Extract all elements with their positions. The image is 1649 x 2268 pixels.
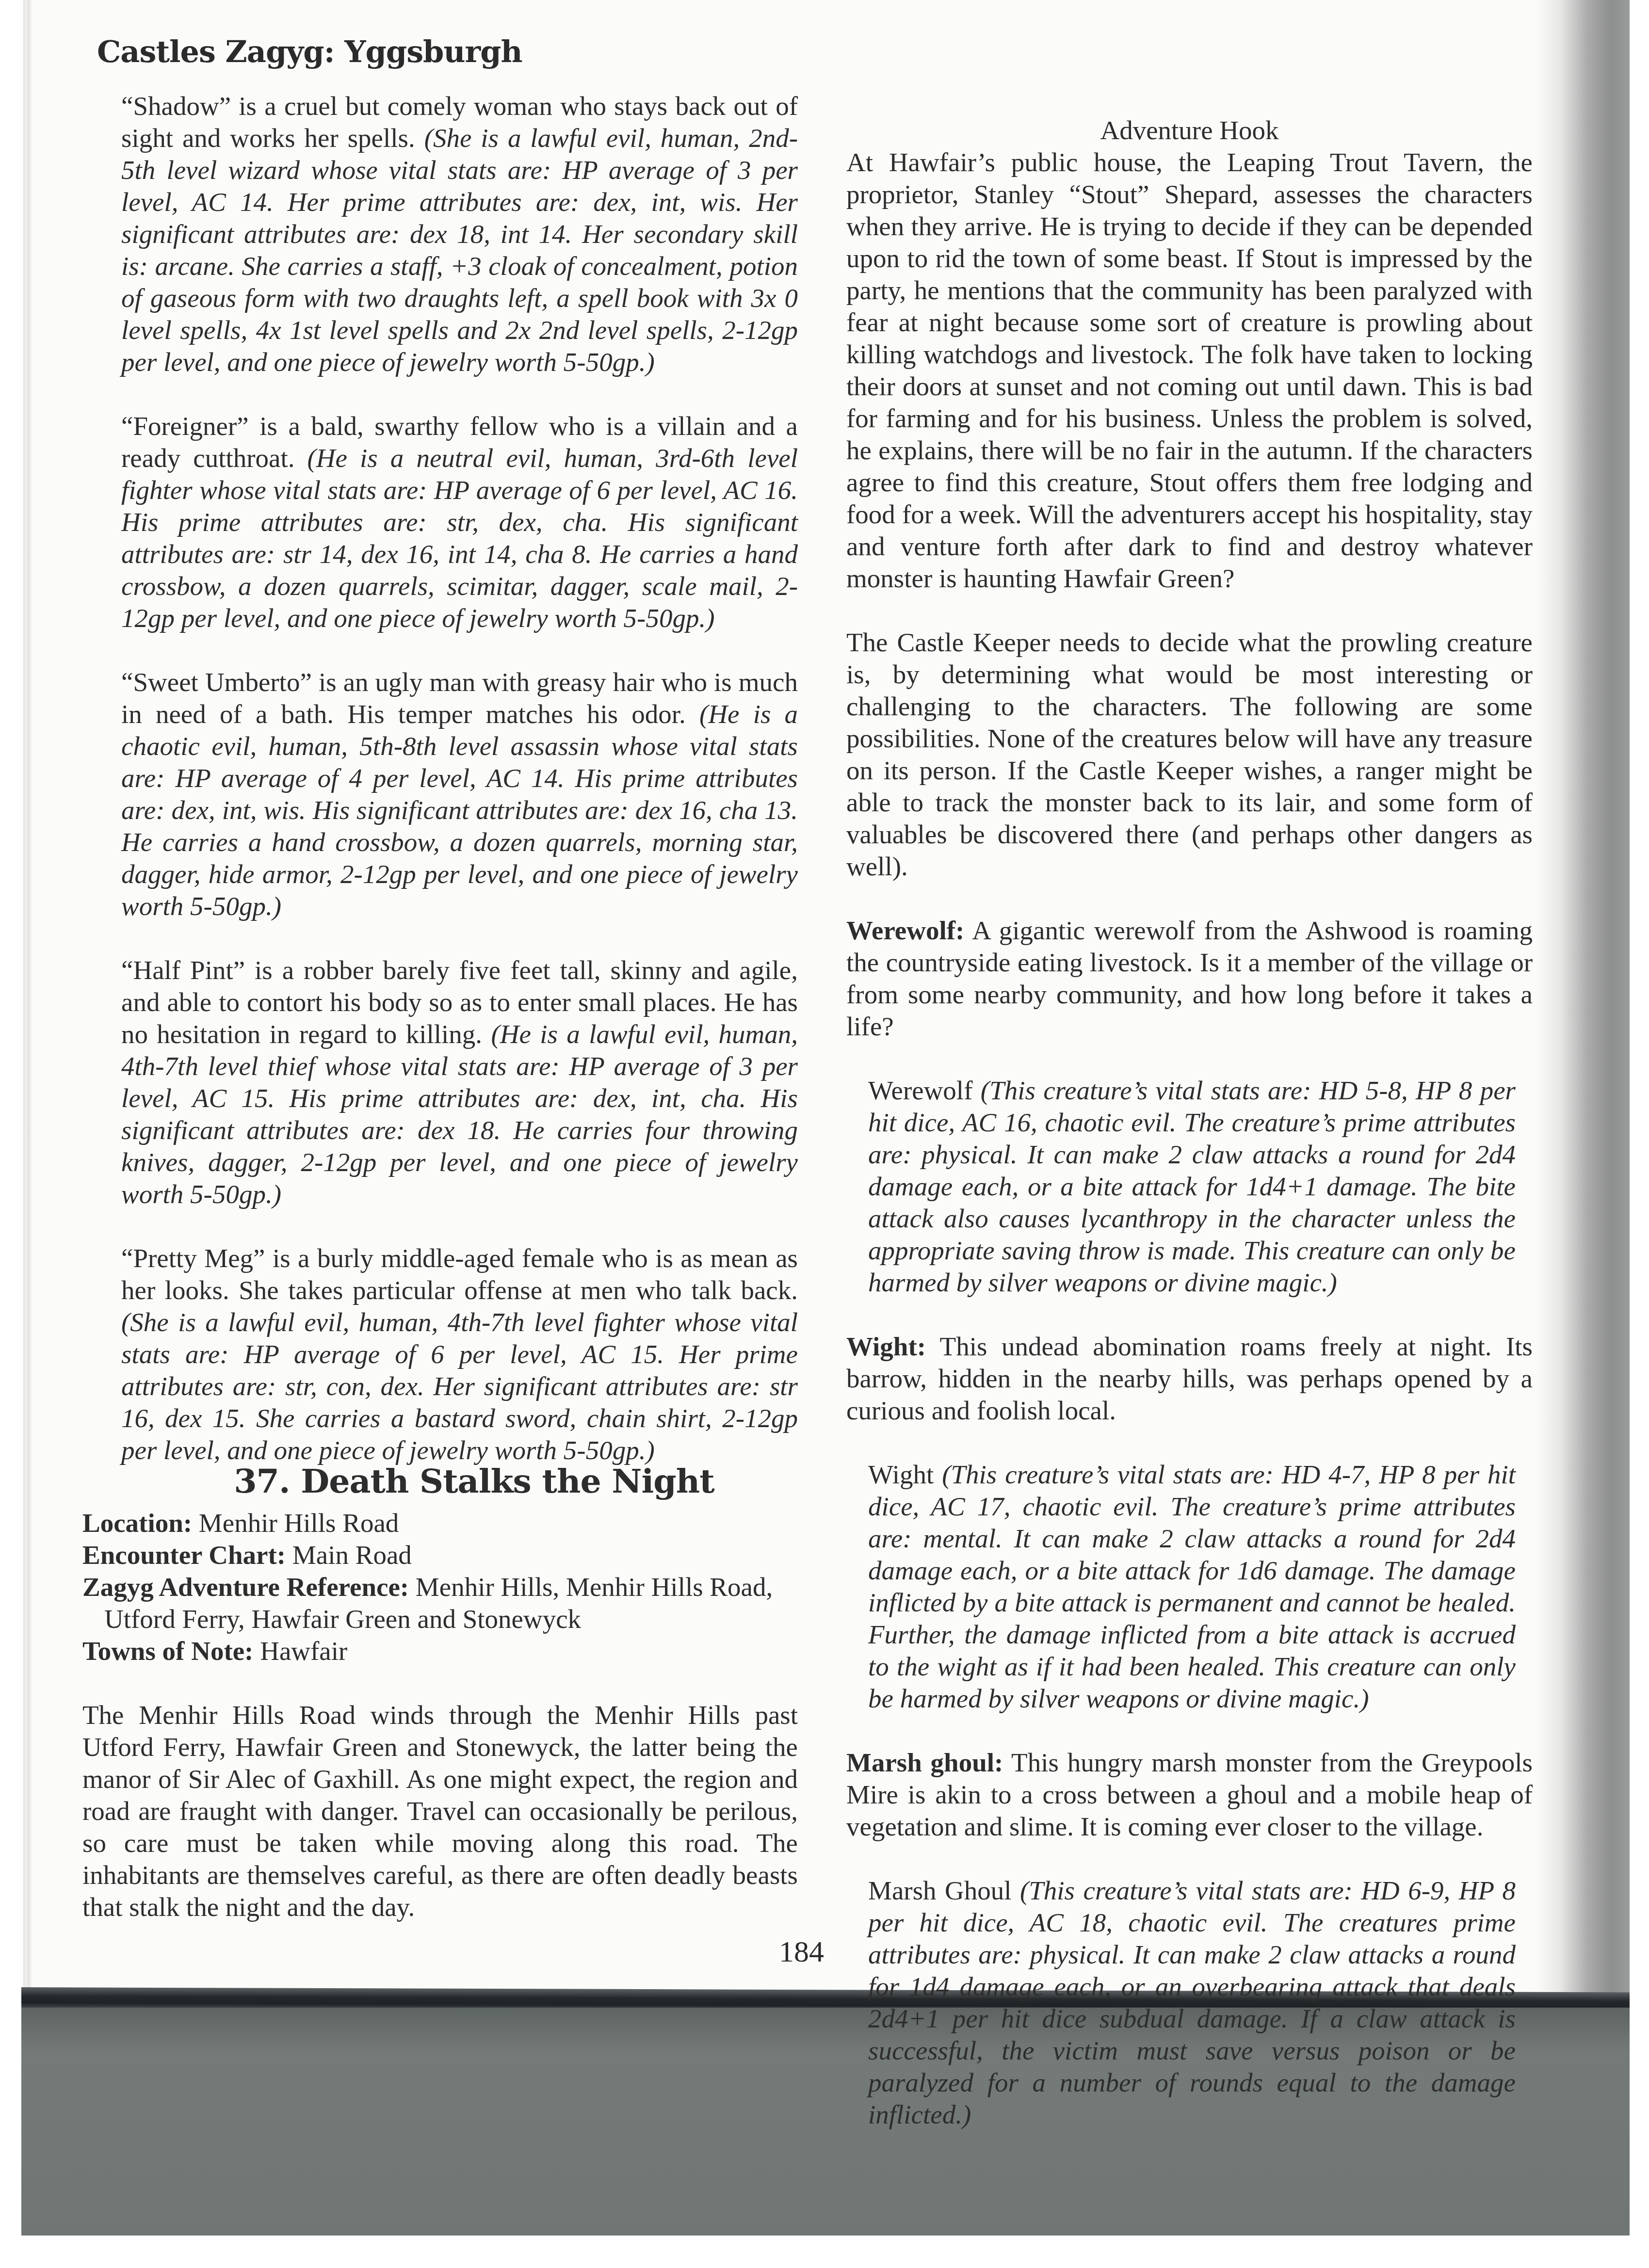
stat-block-marsh-ghoul: Marsh Ghoul (This creature’s vital stats… <box>868 1875 1516 2131</box>
meta-value: Menhir Hills, Menhir Hills Road, <box>416 1572 773 1602</box>
stat-block-wight: Wight (This creature’s vital stats are: … <box>868 1459 1516 1715</box>
npc-paragraph-foreigner: “Foreigner” is a bald, swarthy fellow wh… <box>121 410 798 634</box>
creature-description: This undead abomination roams freely at … <box>846 1332 1533 1425</box>
section-title: 37. Death Stalks the Night <box>82 1460 798 1503</box>
page-left-edge <box>23 0 33 1988</box>
meta-value: Main Road <box>292 1540 412 1570</box>
creature-marsh-ghoul: Marsh ghoul: This hungry marsh monster f… <box>846 1747 1533 1843</box>
stat-name: Wight <box>868 1460 934 1489</box>
meta-adventure-reference-cont: Utford Ferry, Hawfair Green and Stonewyc… <box>82 1603 798 1635</box>
meta-location: Location: Menhir Hills Road <box>82 1507 798 1539</box>
stat-block-werewolf: Werewolf (This creature’s vital stats ar… <box>868 1075 1516 1299</box>
stat-name: Marsh Ghoul <box>868 1876 1011 1905</box>
npc-intro: “Sweet Umberto” is an ugly man with grea… <box>121 667 798 729</box>
stat-text: (This creature’s vital stats are: HD 5-8… <box>868 1076 1516 1297</box>
meta-value: Menhir Hills Road <box>199 1508 399 1538</box>
left-column: “Shadow” is a cruel but comely woman who… <box>121 90 798 1498</box>
right-column: Adventure Hook At Hawfair’s public house… <box>846 114 1533 2163</box>
scan-margin-right <box>1630 0 1649 2268</box>
meta-label: Zagyg Adventure Reference: <box>82 1572 409 1602</box>
scan-margin-bottom <box>0 2236 1649 2268</box>
section-description: The Menhir Hills Road winds through the … <box>82 1699 798 1923</box>
running-head: Castles Zagyg: Yggsburgh <box>97 34 522 69</box>
adventure-hook-text: At Hawfair’s public house, the Leaping T… <box>846 146 1533 595</box>
meta-label: Location: <box>82 1508 192 1538</box>
castle-keeper-text: The Castle Keeper needs to decide what t… <box>846 627 1533 883</box>
meta-value: Hawfair <box>260 1636 347 1666</box>
stat-name: Werewolf <box>868 1076 972 1105</box>
meta-label: Encounter Chart: <box>82 1540 286 1570</box>
stat-text: (This creature’s vital stats are: HD 4-7… <box>868 1460 1516 1713</box>
meta-towns-of-note: Towns of Note: Hawfair <box>82 1635 798 1667</box>
npc-intro: “Pretty Meg” is a burly middle-aged fema… <box>121 1243 798 1305</box>
binding-gutter-shadow <box>1537 0 1630 1993</box>
npc-paragraph-shadow: “Shadow” is a cruel but comely woman who… <box>121 90 798 378</box>
meta-label: Towns of Note: <box>82 1636 253 1666</box>
npc-paragraph-pretty-meg: “Pretty Meg” is a burly middle-aged fema… <box>121 1242 798 1466</box>
meta-adventure-reference: Zagyg Adventure Reference: Menhir Hills,… <box>82 1571 798 1603</box>
npc-paragraph-half-pint: “Half Pint” is a robber barely five feet… <box>121 954 798 1210</box>
npc-stats: (She is a lawful evil, human, 4th-7th le… <box>121 1307 798 1465</box>
stat-text: (This creature’s vital stats are: HD 6-9… <box>868 1876 1516 2129</box>
page-number: 184 <box>779 1935 824 1969</box>
creature-wight: Wight: This undead abomination roams fre… <box>846 1331 1533 1427</box>
adventure-hook-title: Adventure Hook <box>846 114 1533 146</box>
creature-werewolf: Werewolf: A gigantic werewolf from the A… <box>846 915 1533 1043</box>
creature-label: Marsh ghoul: <box>846 1748 1003 1777</box>
npc-stats: (She is a lawful evil, human, 2nd-5th le… <box>121 123 798 377</box>
npc-stats: (He is a chaotic evil, human, 5th-8th le… <box>121 699 798 921</box>
section-37: 37. Death Stalks the Night Location: Men… <box>82 1460 798 1955</box>
creature-label: Wight: <box>846 1332 926 1361</box>
npc-paragraph-sweet-umberto: “Sweet Umberto” is an ugly man with grea… <box>121 666 798 922</box>
creature-label: Werewolf: <box>846 916 964 945</box>
meta-encounter-chart: Encounter Chart: Main Road <box>82 1539 798 1571</box>
